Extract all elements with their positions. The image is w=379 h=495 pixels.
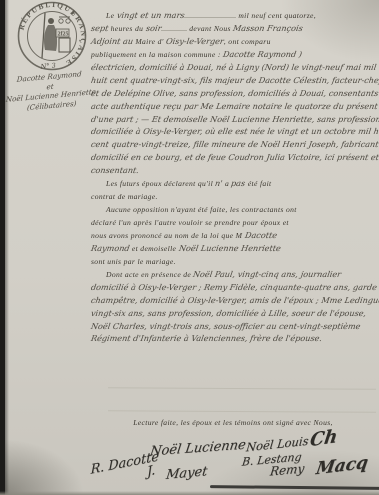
document-line: champêtre, domicilié à Oisy-le-Verger, a… xyxy=(91,292,379,305)
printed-text: mil neuf cent quatorze, xyxy=(236,11,316,20)
printed-text: publiquement en la maison commune : xyxy=(91,50,223,59)
document-line: domicilié en ce bourg, et de feue Coudro… xyxy=(91,149,379,162)
document-line: Aucune opposition n'ayant été faite, les… xyxy=(91,201,379,214)
handwritten-text: Oisy-le-Verger xyxy=(165,35,225,48)
document-line: Noël Charles, vingt-trois ans, sous-offi… xyxy=(91,318,379,331)
document-line: et de Delépine Olive, sans profession, d… xyxy=(91,85,379,98)
handwritten-text: Noël Charles, vingt-trois ans, sous-offi… xyxy=(90,320,362,333)
document-line: publiquement en la maison commune : Daco… xyxy=(91,46,379,59)
handwritten-text: vingt-six ans, sans profession, domicili… xyxy=(90,307,367,320)
marriage-act-page: RÉPUBLIQUE FRANÇAISE 2f25 N° 3 Dacotte R… xyxy=(0,0,379,495)
signature: Remy xyxy=(269,461,305,478)
document-line: vingt-six ans, sans profession, domicili… xyxy=(91,305,379,318)
handwritten-text: d'une part ; — Et demoiselle Noël Lucien… xyxy=(90,113,379,126)
document-line: acte authentique reçu par Me Lemaire not… xyxy=(91,98,379,111)
document-line: consentant. xyxy=(91,162,379,175)
document-line: d'une part ; — Et demoiselle Noël Lucien… xyxy=(91,111,379,124)
printed-text: sont unis par le mariage. xyxy=(91,257,176,266)
signature: Macq xyxy=(315,453,370,480)
signature: Noël Lucienne xyxy=(149,438,247,460)
document-line: électricien, domicilié à Douai, né à Lig… xyxy=(91,59,379,72)
document-line: Raymond et demoiselle Noël Lucienne Henr… xyxy=(91,240,379,253)
scan-edge-bottom-shadow xyxy=(0,491,379,495)
signature: R. Dacotte xyxy=(91,449,159,478)
handwritten-text: Masson François xyxy=(232,22,304,35)
printed-text: nous avons prononcé au nom de la loi que… xyxy=(91,231,245,240)
handwritten-text: Dacotte Raymond ) xyxy=(222,48,303,61)
document-line: déclaré l'un après l'autre vouloir se pr… xyxy=(91,214,379,227)
handwritten-text: domiciliée à Oisy-le-Verger, où elle est… xyxy=(90,125,379,138)
signature: B. Lestang xyxy=(241,450,302,468)
stamp-denomination: 2f25 xyxy=(58,32,69,38)
handwritten-text: domicilié à Oisy-le-Verger ; Remy Fidèle… xyxy=(90,281,378,294)
handwritten-text: vingt et un mars xyxy=(116,9,186,22)
printed-text: heures du xyxy=(108,24,145,33)
document-line: Le vingt et un mars mil neuf cent quator… xyxy=(91,7,379,20)
printed-text: Le xyxy=(106,11,117,20)
closing-formula: Lecture faite, les époux et les témoins … xyxy=(100,418,366,427)
handwritten-text: et de Delépine Olive, sans profession, d… xyxy=(90,87,379,100)
signature: Ch xyxy=(309,426,339,451)
handwritten-text: cent quatre-vingt-treize, fille mineure … xyxy=(90,138,379,151)
handwritten-text: sept xyxy=(90,22,109,35)
document-line: Dont acte en présence de Noël Paul, ving… xyxy=(91,266,379,279)
document-line: nous avons prononcé au nom de la loi que… xyxy=(91,227,379,240)
handwritten-text: Régiment d'Infanterie à Valenciennes, fr… xyxy=(90,332,323,345)
printed-text: Les futurs époux déclarent qu'il xyxy=(106,179,215,188)
handwritten-text: huit cent quatre-vingt-six, fils majeur … xyxy=(90,74,379,87)
handwritten-text: Dacotte xyxy=(244,229,278,242)
handwritten-text: consentant. xyxy=(90,164,140,177)
blank-ruled-line xyxy=(108,410,376,412)
handwritten-text: Noël Paul, vingt-cinq ans, journalier xyxy=(192,268,342,281)
printed-text: été fait xyxy=(246,179,272,188)
document-line: cent quatre-vingt-treize, fille mineure … xyxy=(91,136,379,149)
blank-ruled-line xyxy=(108,387,376,389)
signature: Mayet xyxy=(165,464,208,483)
printed-text: Dont acte en présence de xyxy=(106,270,193,279)
signature: Noël Louis xyxy=(245,434,309,455)
document-line: domicilié à Oisy-le-Verger ; Remy Fidèle… xyxy=(91,279,379,292)
handwritten-text: domicilié en ce bourg, et de feue Coudro… xyxy=(90,151,379,164)
printed-text: Maire d' xyxy=(133,37,166,46)
handwritten-text: Adjoint au xyxy=(90,35,134,48)
printed-text: déclaré l'un après l'autre vouloir se pr… xyxy=(91,218,289,227)
signature: J. xyxy=(147,463,156,481)
handwritten-text: Noël Lucienne Henriette xyxy=(178,242,282,255)
printed-text: Aucune opposition n'ayant été faite, les… xyxy=(106,205,297,214)
handwritten-text: soir xyxy=(144,22,162,35)
document-line: Les futurs époux déclarent qu'il n' a pa… xyxy=(91,175,379,188)
handwritten-text: acte authentique reçu par Me Lemaire not… xyxy=(90,100,379,113)
handwritten-text: Raymond xyxy=(90,242,131,255)
printed-text: devant Nous xyxy=(187,24,233,33)
blank-fill-line xyxy=(161,22,187,31)
printed-text: , ont comparu xyxy=(224,37,271,46)
handwritten-text: pas xyxy=(230,177,246,190)
handwritten-text: électricien, domicilié à Douai, né à Lig… xyxy=(90,61,377,74)
blank-fill-line xyxy=(184,9,236,18)
act-text-body: Le vingt et un mars mil neuf cent quator… xyxy=(91,7,379,343)
printed-text: contrat de mariage. xyxy=(91,192,158,201)
scan-edge-bottom xyxy=(210,485,379,490)
document-line: domiciliée à Oisy-le-Verger, où elle est… xyxy=(91,123,379,136)
document-line: huit cent quatre-vingt-six, fils majeur … xyxy=(91,72,379,85)
printed-text: et demoiselle xyxy=(130,244,179,253)
margin-note: N° 3 Dacotte Raymond et Noël Lucienne He… xyxy=(2,58,98,114)
document-line: contrat de mariage. xyxy=(91,188,379,201)
handwritten-text: champêtre, domicilié à Oisy-le-Verger, a… xyxy=(90,294,379,307)
